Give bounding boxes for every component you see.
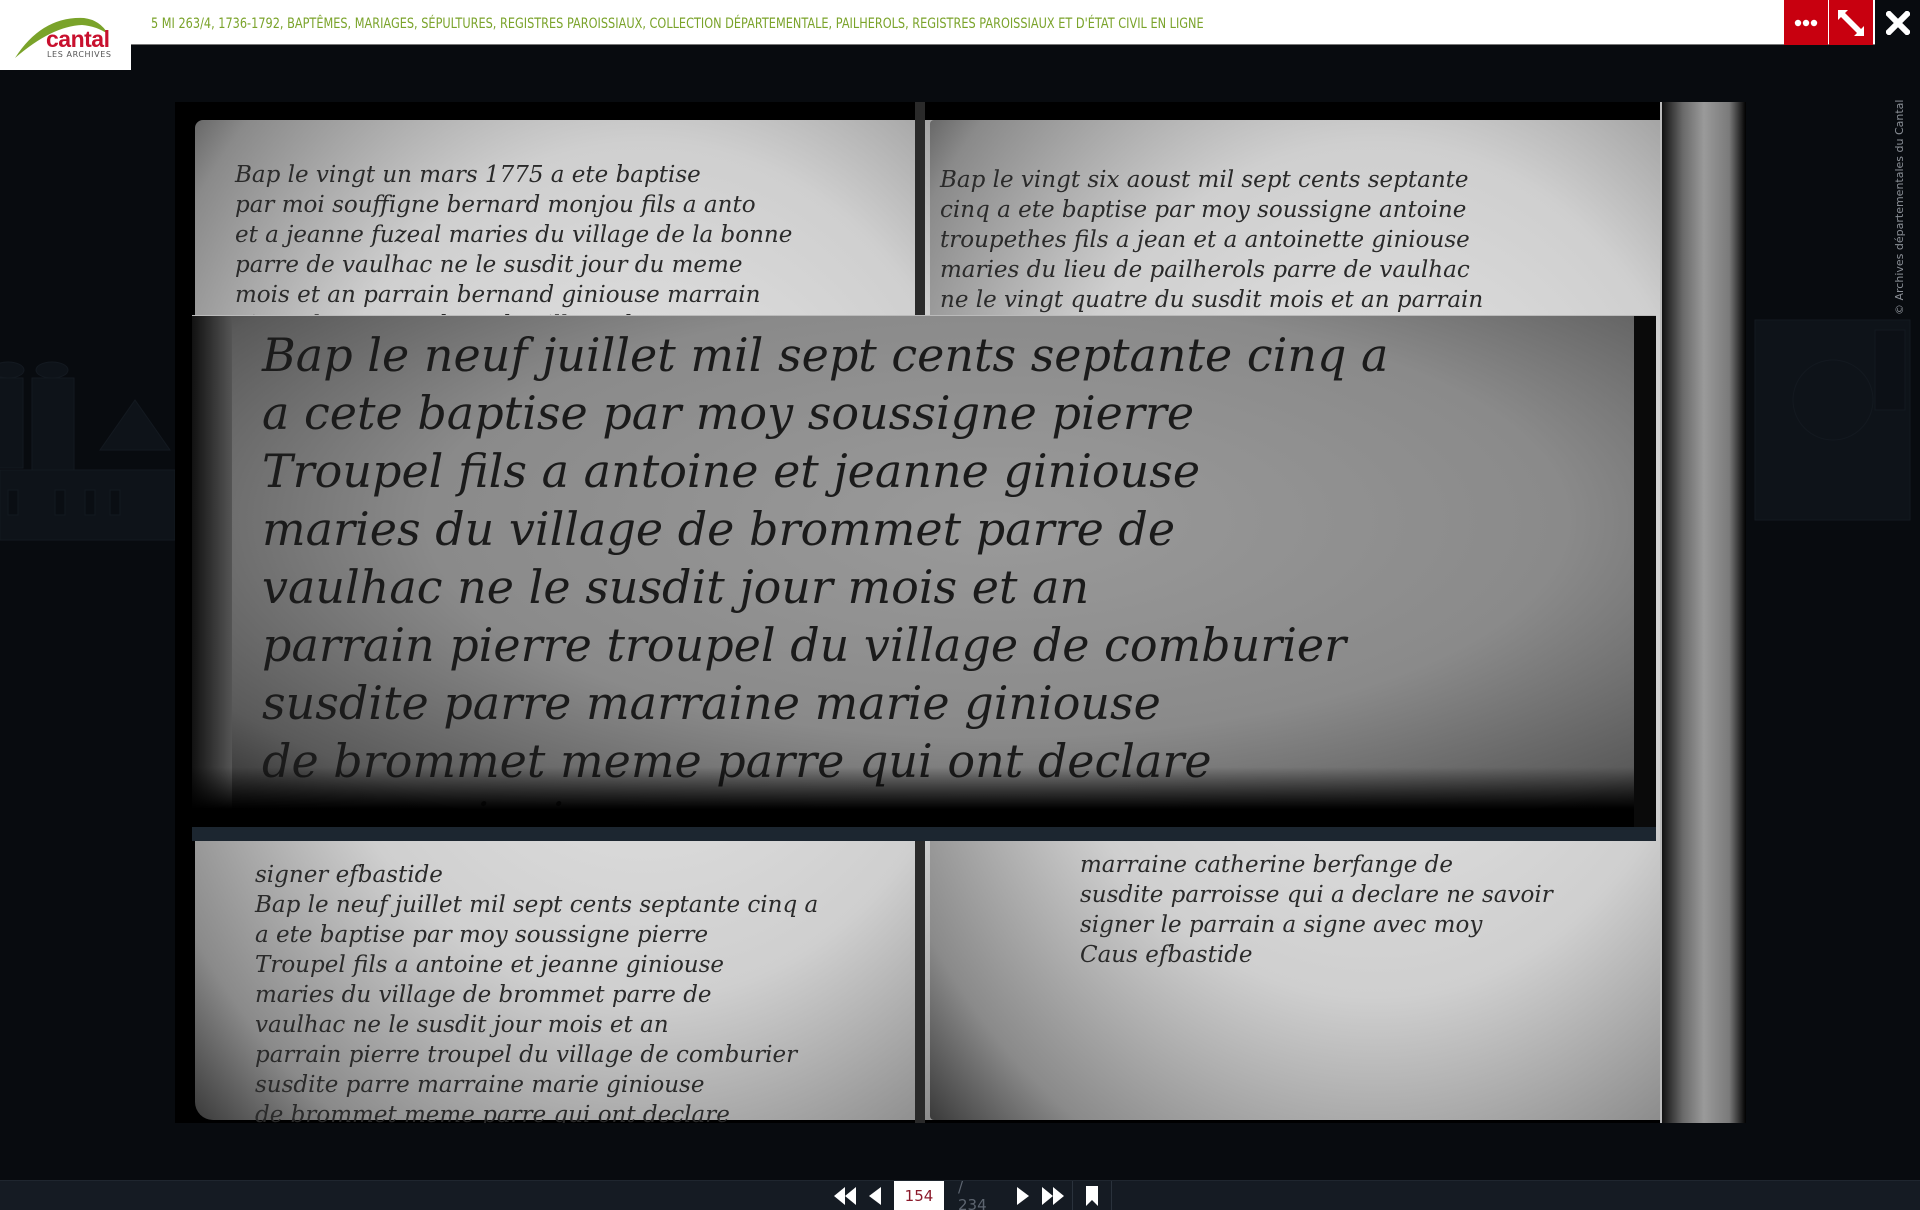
handwriting-block: signer efbastide Bap le neuf juillet mil… (255, 860, 818, 1123)
close-button[interactable] (1875, 0, 1920, 45)
document-title: 5 MI 263/4, 1736-1792, BAPTÊMES, MARIAGE… (151, 11, 1204, 37)
pagination-bar: / 234 (0, 1180, 1920, 1210)
background-decoration-icon (1745, 290, 1920, 530)
more-options-button[interactable] (1784, 0, 1828, 45)
logo-subtitle: LES ARCHIVES (47, 50, 112, 59)
double-chevron-right-icon (1042, 1187, 1064, 1205)
next-page-button[interactable] (1008, 1181, 1038, 1210)
triangle-right-icon (1017, 1187, 1029, 1205)
bookmark-icon (1086, 1186, 1098, 1206)
fullscreen-button[interactable] (1829, 0, 1873, 45)
handwriting-block: marraine catherine berfange de susdite p… (1080, 850, 1553, 970)
pagination-controls: / 234 (830, 1181, 1116, 1210)
magnifier-border (192, 827, 1656, 841)
magnifier-lens[interactable]: Bap le neuf juillet mil sept cents septa… (192, 315, 1656, 827)
handwriting-block: Bap le vingt un mars 1775 a ete baptise … (235, 160, 792, 340)
double-chevron-left-icon (834, 1187, 856, 1205)
book-edge (1662, 102, 1746, 1123)
previous-page-button[interactable] (860, 1181, 890, 1210)
expand-arrow-icon (1837, 9, 1865, 37)
triangle-left-icon (869, 1187, 881, 1205)
copyright-text: © Archives départementales du Cantal (1893, 100, 1906, 315)
top-bar: 5 MI 263/4, 1736-1792, BAPTÊMES, MARIAGE… (0, 0, 1920, 45)
archive-viewer: 5 MI 263/4, 1736-1792, BAPTÊMES, MARIAGE… (0, 0, 1920, 1210)
close-x-icon (1886, 11, 1910, 35)
divider (1072, 1181, 1073, 1210)
background-decoration-icon (0, 330, 175, 550)
page-number-input[interactable] (894, 1181, 944, 1210)
copyright-notice: © Archives départementales du Cantal (1893, 80, 1907, 315)
logo-brand: cantal (46, 28, 109, 51)
bookmark-button[interactable] (1077, 1181, 1107, 1210)
cantal-archives-logo[interactable]: cantal LES ARCHIVES (0, 0, 131, 70)
page-total: / 234 (946, 1178, 1008, 1210)
magnified-handwriting: Bap le neuf juillet mil sept cents septa… (262, 326, 1388, 827)
last-page-button[interactable] (1038, 1181, 1068, 1210)
divider (1111, 1181, 1112, 1210)
more-dots-icon (1794, 19, 1818, 27)
first-page-button[interactable] (830, 1181, 860, 1210)
handwriting-block: Bap le vingt six aoust mil sept cents se… (940, 165, 1483, 315)
